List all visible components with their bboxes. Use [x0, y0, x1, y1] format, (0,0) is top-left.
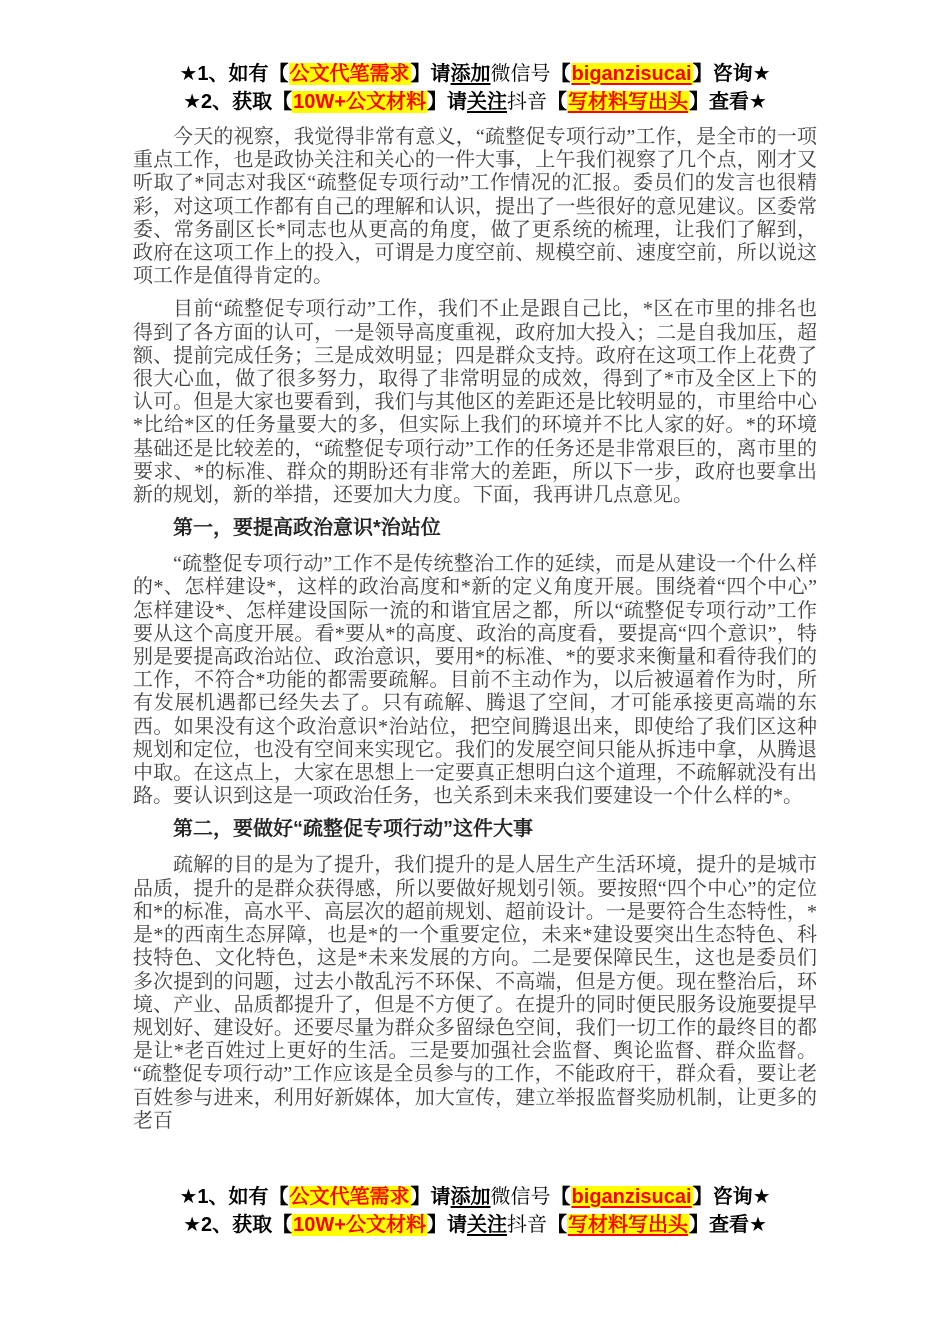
- promo-channel-douyin: 抖音: [507, 91, 547, 113]
- promo-prefix: ★1、如有【: [179, 63, 288, 85]
- promo-footer-line-2: ★2、获取【10W+公文材料】请关注抖音【写材料写出头】查看★: [133, 1211, 817, 1239]
- promo-highlight-materials: 10W+公文材料: [292, 91, 427, 113]
- promo-bracket: 【: [547, 91, 567, 113]
- promo-header-line-2: ★2、获取【10W+公文材料】请关注抖音【写材料写出头】查看★: [133, 88, 817, 116]
- document-page: ★1、如有【公文代笔需求】请添加微信号【biganzisucai】咨询★ ★2、…: [133, 0, 817, 1239]
- promo-highlight-service: 公文代笔需求: [289, 63, 411, 85]
- promo-prefix: ★2、获取【: [183, 1214, 292, 1236]
- promo-header: ★1、如有【公文代笔需求】请添加微信号【biganzisucai】咨询★ ★2、…: [133, 60, 817, 116]
- promo-footer-line-1: ★1、如有【公文代笔需求】请添加微信号【biganzisucai】咨询★: [133, 1183, 817, 1211]
- promo-underline-follow: 关注: [467, 91, 507, 113]
- promo-header-line-1: ★1、如有【公文代笔需求】请添加微信号【biganzisucai】咨询★: [133, 60, 817, 88]
- promo-underline-add: 添加: [451, 1186, 491, 1208]
- promo-bracket: 【: [551, 63, 571, 85]
- section-heading-2: 第二，要做好“疏整促专项行动”这件大事: [133, 818, 817, 841]
- promo-suffix: 】查看★: [689, 91, 767, 113]
- promo-footer: ★1、如有【公文代笔需求】请添加微信号【biganzisucai】咨询★ ★2、…: [133, 1183, 817, 1239]
- promo-prefix: ★1、如有【: [179, 1186, 288, 1208]
- promo-suffix: 】咨询★: [693, 1186, 771, 1208]
- promo-suffix: 】查看★: [689, 1214, 767, 1236]
- promo-channel-douyin: 抖音: [507, 1214, 547, 1236]
- intro-paragraph-1: 今天的视察，我觉得非常有意义，“疏整促专项行动”工作，是全市的一项重点工作，也是…: [133, 126, 817, 288]
- promo-text: 】请: [427, 1214, 467, 1236]
- document-body: 今天的视察，我觉得非常有意义，“疏整促专项行动”工作，是全市的一项重点工作，也是…: [133, 126, 817, 1133]
- promo-channel-wechat: 微信号: [491, 1186, 551, 1208]
- promo-wechat-id: biganzisucai: [571, 63, 693, 85]
- promo-bracket: 【: [547, 1214, 567, 1236]
- section-2-paragraph: 疏解的目的是为了提升，我们提升的是人居生产生活环境，提升的是城市品质，提升的是群…: [133, 854, 817, 1132]
- promo-bracket: 【: [551, 1186, 571, 1208]
- promo-underline-follow: 关注: [467, 1214, 507, 1236]
- promo-prefix: ★2、获取【: [183, 91, 292, 113]
- promo-wechat-id: biganzisucai: [571, 1186, 693, 1208]
- promo-douyin-id: 写材料写出头: [567, 91, 689, 113]
- intro-paragraph-2: 目前“疏整促专项行动”工作，我们不止是跟自己比，*区在市里的排名也得到了各方面的…: [133, 298, 817, 507]
- section-1-paragraph: “疏整促专项行动”工作不是传统整治工作的延续，而是从建设一个什么样的*、怎样建设…: [133, 553, 817, 808]
- promo-underline-add: 添加: [451, 63, 491, 85]
- promo-highlight-materials: 10W+公文材料: [292, 1214, 427, 1236]
- promo-channel-wechat: 微信号: [491, 63, 551, 85]
- promo-douyin-id: 写材料写出头: [567, 1214, 689, 1236]
- promo-highlight-service: 公文代笔需求: [289, 1186, 411, 1208]
- promo-suffix: 】咨询★: [693, 63, 771, 85]
- promo-text: 】请: [411, 63, 451, 85]
- section-heading-1: 第一，要提高政治意识*治站位: [133, 517, 817, 540]
- promo-text: 】请: [411, 1186, 451, 1208]
- promo-text: 】请: [427, 91, 467, 113]
